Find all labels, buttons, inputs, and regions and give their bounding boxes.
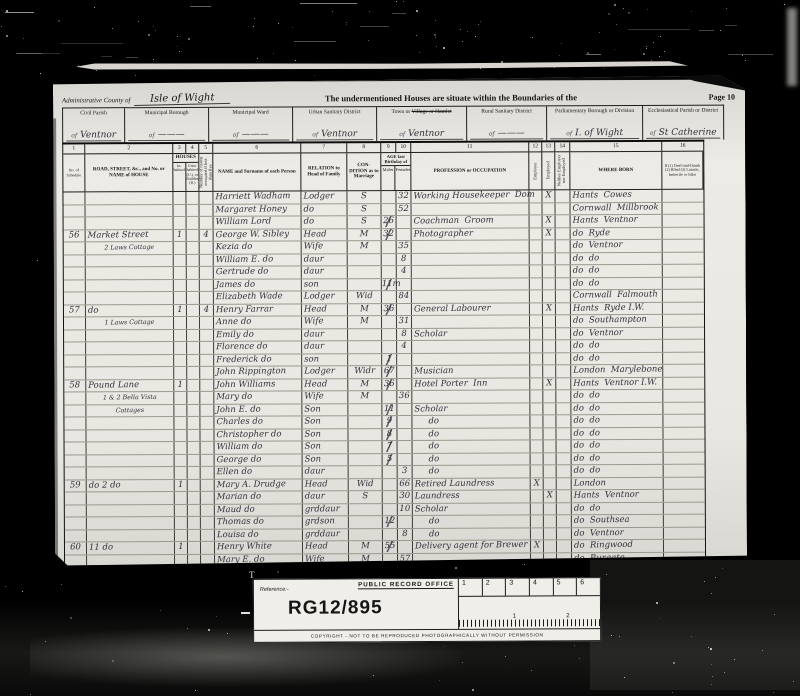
cell-employed [544, 453, 557, 465]
cell-age_m: 26 [382, 216, 397, 228]
ruler-inch-cell: 2 [483, 579, 507, 596]
noise-speck [179, 51, 180, 52]
cell-condition [348, 429, 382, 441]
noise-speck [646, 48, 647, 49]
stamp-ruler: 123456 1 2 [459, 578, 600, 629]
cell-relation: Son [303, 566, 349, 578]
district-box: Civil ParishofVentnor [63, 108, 125, 142]
cell-condition: S [347, 191, 381, 203]
cell-neither [557, 465, 572, 477]
cell-addr: 2 Laws Cottage [86, 242, 174, 254]
noise-speck [1, 26, 2, 27]
cell-born: do do [571, 265, 663, 277]
cell-employed [544, 465, 557, 477]
cell-infirm [663, 227, 704, 239]
cell-employed [543, 353, 556, 365]
cell-age_m: 32 [382, 229, 397, 241]
cell-uninh [188, 542, 201, 554]
noise-speck [138, 21, 139, 22]
cell-inh [174, 329, 187, 341]
noise-speck [443, 47, 445, 49]
noise-speck [277, 571, 279, 573]
cell-relation: daur [303, 491, 349, 503]
noise-speck [419, 52, 420, 53]
cell-inh [174, 217, 187, 229]
cell-inh [174, 267, 187, 279]
noise-speck [22, 591, 23, 592]
noise-streak [728, 54, 773, 55]
cell-employer [530, 378, 543, 390]
cell-occupation: do [412, 428, 530, 440]
cell-sched: 59 [65, 480, 87, 492]
noise-streak [628, 29, 690, 30]
noise-speck [177, 36, 178, 37]
cell-age_f: 4 [397, 341, 412, 353]
cell-total-uninhabited [188, 579, 201, 595]
cell-age_m: 55 [383, 541, 398, 553]
header-neither: Neither Employer nor Employed [555, 152, 570, 189]
cell-addr [86, 329, 174, 341]
district-box: Parliamentary Borough or DivisionofI. of… [547, 106, 643, 140]
district-value: of——— [212, 129, 289, 141]
cell-relation: Son [303, 454, 349, 466]
admin-county-label: Administrative County of [62, 97, 130, 105]
cell-occupation [412, 290, 530, 302]
district-label: Ecclesiastical Parish or District [643, 108, 723, 115]
cell-sched [64, 280, 86, 292]
noise-speck [434, 34, 436, 36]
cell-name: Florence do [214, 341, 302, 353]
noise-streak [725, 25, 738, 26]
noise-speck [6, 35, 8, 37]
cell-age_m: 11m [382, 279, 397, 291]
total-tenements: 1 [218, 580, 226, 591]
cell-rooms [200, 392, 214, 404]
noise-speck [23, 38, 24, 39]
cell-relation: Head [302, 304, 348, 316]
cell-born: do do [571, 402, 663, 414]
cell-age_f: 66 [398, 478, 413, 490]
bottom-right-smudge [590, 560, 800, 690]
cell-occupation [412, 340, 530, 352]
cell-age_f: 36 [397, 391, 412, 403]
cell-uninh [188, 479, 201, 491]
cell-employed [543, 240, 556, 252]
cell-born: Cornwall Falmouth [571, 290, 663, 302]
cell-inh [174, 279, 187, 291]
district-label: Rural Sanitary District [467, 108, 546, 115]
cell-uninh [187, 292, 200, 304]
cell-employer [531, 528, 544, 540]
cell-occupation: Butcher [413, 565, 531, 577]
cell-name: George do [215, 454, 303, 466]
boundary-title: The undermentioned Houses are situate wi… [231, 92, 671, 105]
cell-occupation: Working Housekeeper Dom [411, 190, 529, 202]
column-number: 8 [347, 143, 381, 152]
cell-relation: Lodger [302, 291, 348, 303]
noise-speck [599, 32, 600, 33]
cell-rooms [199, 192, 213, 204]
cell-age_m: 36 [382, 304, 397, 316]
noise-speck [628, 12, 630, 14]
cell-condition: Wid [349, 479, 383, 491]
noise-speck [608, 13, 610, 15]
admin-county-value: Isle of Wight [134, 92, 231, 106]
ruler-inch-cell: 6 [577, 578, 600, 595]
cell-born: do do [571, 277, 663, 289]
column-number: 7 [301, 143, 347, 152]
cell-name: Mary E. do [215, 554, 303, 566]
cell-uninh [188, 504, 201, 516]
cell-neither [557, 528, 572, 540]
cell-employed: X [542, 190, 555, 202]
cell-relation: daur [303, 466, 349, 478]
cell-employer [531, 490, 544, 502]
cell-age_f [398, 441, 413, 453]
cell-addr: 1 & 2 Bella Vista [86, 392, 174, 404]
cell-employer: X [531, 478, 544, 490]
cell-born: Hants Ryde I.W. [571, 302, 663, 314]
cell-born: do do [571, 390, 663, 402]
cell-sched [64, 367, 86, 379]
cell-addr [86, 292, 174, 304]
cell-sched: 57 [64, 305, 86, 317]
district-box: Municipal Boroughof——— [125, 108, 209, 142]
district-value: ofVentnor [66, 130, 121, 142]
cell-age_f: 32 [396, 191, 411, 203]
cell-total-inhabited: 5 [175, 579, 188, 595]
cell-neither [556, 415, 571, 427]
cell-inh [174, 242, 187, 254]
cell-neither [557, 490, 572, 502]
cell-uninh [187, 304, 200, 316]
cell-occupation: do [413, 465, 531, 477]
cell-inh [175, 567, 188, 579]
header-rooms: Number of rooms occupied if less than fi… [199, 154, 213, 191]
cell-born: do Ventnor [571, 327, 663, 339]
cell-sched [63, 192, 85, 204]
cell-condition: M [348, 316, 382, 328]
header-infirmity: If (1) Deaf-and-Dumb (2) Blind (3) Lunat… [662, 152, 703, 189]
cell-age_m [382, 254, 397, 266]
noise-streak [360, 26, 389, 27]
noise-speck [6, 10, 8, 12]
cell-neither [557, 565, 572, 577]
cell-sched [64, 217, 86, 229]
district-band: Civil ParishofVentnorMunicipal Boroughof… [62, 105, 724, 143]
cell-condition [349, 466, 383, 478]
cell-name: Margaret Honey [213, 204, 301, 216]
noise-speck [295, 60, 296, 61]
cell-uninh [187, 367, 200, 379]
cell-name: William do [215, 441, 303, 453]
cell-rooms [200, 254, 214, 266]
cell-employer [531, 465, 544, 477]
noise-streak [61, 43, 123, 44]
cell-age_f: 57 [398, 553, 413, 565]
noise-streak [101, 56, 112, 57]
column-number: 16 [662, 142, 703, 151]
cell-age_f [398, 541, 413, 553]
noise-speck [416, 10, 418, 12]
cell-born: London [572, 477, 664, 489]
cell-addr [87, 467, 175, 479]
cell-neither [556, 390, 571, 402]
cell-employer [530, 353, 543, 365]
cell-age_m [383, 504, 398, 516]
cell-employer [529, 190, 542, 202]
cell-name: Ellen do [215, 466, 303, 478]
noise-speck [436, 46, 437, 47]
cell-rooms [201, 529, 215, 541]
cell-inh: 1 [174, 304, 187, 316]
cell-infirm [663, 302, 704, 314]
cell-neither [556, 315, 571, 327]
district-label: Urban Sanitary District [293, 109, 376, 116]
cell-uninh [187, 267, 200, 279]
cell-neither [556, 340, 571, 352]
noise-streak [300, 3, 358, 4]
noise-speck [647, 9, 648, 10]
cell-born: Hants Cowes [570, 190, 662, 202]
cell-age_m [382, 291, 397, 303]
cell-addr [87, 567, 175, 579]
cell-addr [87, 517, 175, 529]
cell-relation: son [302, 279, 348, 291]
district-value: ofVentnor [296, 129, 373, 141]
cell-relation: Son [302, 429, 348, 441]
cell-addr: do 2 do [87, 479, 175, 491]
cell-condition [348, 416, 382, 428]
cell-infirm [663, 215, 704, 227]
cell-inh [175, 504, 188, 516]
cell-rooms [201, 479, 215, 491]
cell-age_f [397, 403, 412, 415]
cell-addr [86, 254, 174, 266]
cell-addr: Cottages [86, 404, 174, 416]
cell-age_m: 7 [383, 441, 398, 453]
cell-neither [557, 478, 572, 490]
cell-infirm [664, 527, 705, 539]
cell-neither [557, 553, 572, 565]
noise-speck [480, 21, 481, 22]
header-uninhabited: Unin-habited (U.), or Building (B.) [186, 163, 198, 191]
cell-addr [86, 367, 174, 379]
noise-speck [435, 20, 436, 21]
cell-relation: Lodger [301, 191, 347, 203]
cell-neither [556, 278, 571, 290]
cell-uninh [187, 342, 200, 354]
cell-occupation [413, 553, 531, 565]
cell-inh [173, 204, 186, 216]
cell-born: do do [571, 352, 663, 364]
cell-uninh [187, 254, 200, 266]
cell-sched: 56 [64, 230, 86, 242]
cell-inh [175, 517, 188, 529]
cell-occupation [412, 240, 530, 252]
cell-relation: Son [303, 441, 349, 453]
district-value: ofVentnor [380, 128, 463, 140]
dash-mark [241, 612, 250, 614]
cell-sched [64, 342, 86, 354]
cell-name: Kezia do [214, 241, 302, 253]
cell-addr [87, 442, 175, 454]
cell-born: do do [572, 440, 664, 452]
district-label: Municipal Borough [125, 110, 208, 117]
cell-uninh [187, 392, 200, 404]
cell-relation: do [301, 204, 347, 216]
noise-speck [455, 567, 457, 569]
cell-name: William Lord [214, 216, 302, 228]
cell-employer [530, 265, 543, 277]
noise-streak [586, 54, 601, 55]
cell-inh [174, 317, 187, 329]
cell-age_m [383, 466, 398, 478]
cell-age_f [397, 228, 412, 240]
cell-infirm [663, 390, 704, 402]
cell-employed [543, 340, 556, 352]
cell-age_m [381, 204, 396, 216]
cell-condition: M [349, 541, 383, 553]
cell-uninh [186, 204, 199, 216]
cell-relation: Head [303, 541, 349, 553]
cell-employer [530, 253, 543, 265]
cell-age_m [382, 241, 397, 253]
cell-born: do Southampton [571, 315, 663, 327]
cell-infirm [664, 490, 705, 502]
cell-born: London Marylebone [571, 365, 663, 377]
noise-speck [614, 49, 615, 50]
cell-age_f [397, 416, 412, 428]
cell-age_f: 31 [397, 316, 412, 328]
cell-name: Henry White [215, 541, 303, 553]
cell-sched [64, 430, 86, 442]
cell-age_f [397, 303, 412, 315]
cell-age_f: 3 [398, 466, 413, 478]
cell-inh: 1 [174, 379, 187, 391]
cell-age_m [383, 554, 398, 566]
cell-relation: daur [302, 254, 348, 266]
column-number: 4 [186, 144, 199, 153]
cell-born: do do [572, 465, 664, 477]
cell-rooms [200, 354, 214, 366]
cell-inh [174, 392, 187, 404]
cell-occupation: do [413, 515, 531, 527]
cell-uninh [188, 492, 201, 504]
cell-inh [175, 454, 188, 466]
cell-age_f: 35 [397, 241, 412, 253]
cell-addr: 1 Laws Cottage [86, 317, 174, 329]
noise-speck [691, 11, 692, 12]
cell-employed [544, 553, 557, 565]
cell-employer [530, 315, 543, 327]
cell-sched [65, 442, 87, 454]
cell-occupation [412, 278, 530, 290]
cell-uninh [187, 354, 200, 366]
cell-neither [557, 440, 572, 452]
cell-name: Maud do [215, 504, 303, 516]
cell-occupation [412, 265, 530, 277]
noise-speck [292, 27, 293, 28]
cell-addr [86, 417, 174, 429]
cell-infirm [663, 252, 704, 264]
census-form-paper: Administrative County of Isle of Wight T… [53, 75, 747, 565]
noise-speck [603, 68, 604, 69]
cell-age_m [383, 491, 398, 503]
noise-speck [532, 37, 533, 38]
cell-employed [544, 528, 557, 540]
cell-employer [531, 440, 544, 452]
ruler-inch-cell: 1 [459, 579, 483, 596]
header-employed: Employed [542, 152, 555, 189]
cell-born: do Ryde [571, 227, 663, 239]
noise-speck [332, 11, 333, 12]
cell-name: Charles do [214, 416, 302, 428]
cell-addr [86, 342, 174, 354]
cell-occupation [412, 390, 530, 402]
cell-addr [87, 454, 175, 466]
cell-rooms [200, 279, 214, 291]
cell-sched [65, 517, 87, 529]
cell-employer [530, 303, 543, 315]
cell-born: do do [571, 415, 663, 427]
cell-age_m [381, 191, 396, 203]
cell-age_m: 1 [382, 354, 397, 366]
cell-rooms [200, 329, 214, 341]
cell-age_f [397, 428, 412, 440]
cell-employed [543, 278, 556, 290]
cell-born: do Southsea [572, 515, 664, 527]
cell-rooms [201, 567, 215, 579]
noise-speck [742, 55, 743, 56]
cell-occupation: Hotel Porter Inn [412, 378, 530, 390]
cell-infirm [663, 327, 704, 339]
cell-sched [65, 530, 87, 542]
noise-streak [5, 12, 34, 13]
noise-speck [278, 23, 279, 24]
cell-condition: M [348, 241, 382, 253]
cell-rooms [200, 317, 214, 329]
scanned-census-page: T Administrative County of Isle of Wight… [0, 0, 800, 696]
cell-inh [174, 292, 187, 304]
cell-rooms [201, 454, 215, 466]
cell-occupation: do [413, 453, 531, 465]
noise-speck [369, 11, 370, 12]
cell-born: do do [572, 502, 664, 514]
column-number: 1 [63, 144, 85, 153]
cell-relation: Head [302, 229, 348, 241]
cell-employed [544, 478, 557, 490]
cell-infirm [663, 265, 704, 277]
cell-employed: X [543, 228, 556, 240]
cell-relation: Son [302, 404, 348, 416]
cell-age_f: 8 [397, 253, 412, 265]
cell-condition [349, 454, 383, 466]
noise-streak [190, 6, 212, 7]
cell-sched [63, 205, 85, 217]
cell-neither [556, 303, 571, 315]
column-number: 13 [542, 142, 555, 151]
cell-born: Cornwall Millbrook [570, 202, 662, 214]
noise-speck [78, 65, 79, 66]
cell-sched [64, 292, 86, 304]
cell-age_f [398, 516, 413, 528]
cell-condition: S [347, 204, 381, 216]
cell-employed: X [543, 378, 556, 390]
district-box: Rural Sanitary Districtof——— [467, 106, 547, 140]
cell-neither [556, 228, 571, 240]
cell-employed: X [543, 303, 556, 315]
